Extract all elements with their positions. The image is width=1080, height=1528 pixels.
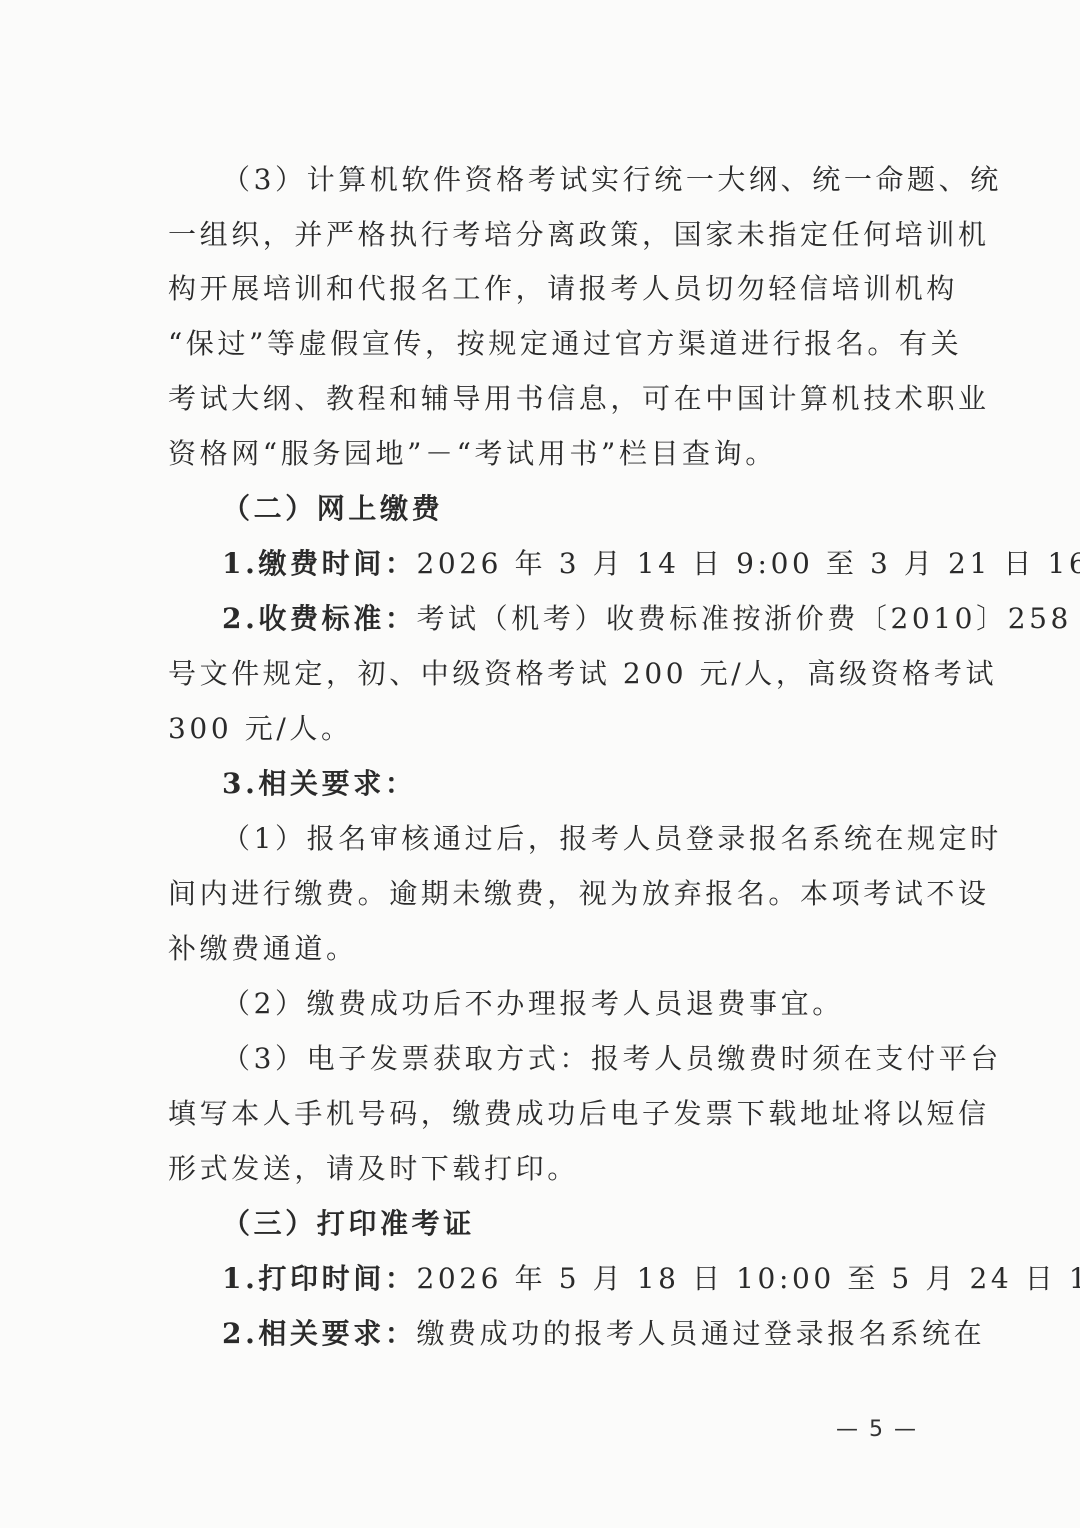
paragraph-line: 间内进行缴费。逾期未缴费，视为放弃报名。本项考试不设 — [168, 876, 892, 912]
paragraph-line: 资格网“服务园地”－“考试用书”栏目查询。 — [168, 436, 892, 472]
paragraph-line: 补缴费通道。 — [168, 931, 892, 967]
paragraph-line: （2）缴费成功后不办理报考人员退费事宜。 — [222, 986, 892, 1022]
paragraph-line: “保过”等虚假宣传，按规定通过官方渠道进行报名。有关 — [168, 326, 892, 362]
print-requirements-text: 缴费成功的报考人员通过登录报名系统在 — [416, 1317, 985, 1350]
paragraph-line: 构开展培训和代报名工作，请报考人员切勿轻信培训机构 — [168, 271, 892, 307]
print-time-value: 2026 年 5 月 18 日 10:00 至 5 月 24 日 14:05。 — [416, 1262, 1080, 1295]
paragraph-line: 填写本人手机号码，缴费成功后电子发票下载地址将以短信 — [168, 1096, 892, 1132]
paragraph-line: 一组织，并严格执行考培分离政策，国家未指定任何培训机 — [168, 217, 892, 253]
print-requirements-line: 2.相关要求：缴费成功的报考人员通过登录报名系统在 — [222, 1316, 892, 1352]
fee-standard-text: 考试（机考）收费标准按浙价费〔2010〕258 — [416, 602, 1072, 635]
paragraph-line: 形式发送，请及时下载打印。 — [168, 1151, 892, 1187]
page-number: — 5 — — [836, 1417, 918, 1442]
payment-time-line: 1.缴费时间：2026 年 3 月 14 日 9:00 至 3 月 21 日 1… — [222, 546, 892, 582]
fee-standard-line: 2.收费标准：考试（机考）收费标准按浙价费〔2010〕258 — [222, 601, 892, 637]
paragraph-line: （1）报名审核通过后，报考人员登录报名系统在规定时 — [222, 821, 892, 857]
payment-time-label: 1.缴费时间： — [222, 547, 416, 580]
paragraph-line: 考试大纲、教程和辅导用书信息，可在中国计算机技术职业 — [168, 381, 892, 417]
paragraph-line: （3）计算机软件资格考试实行统一大纲、统一命题、统 — [222, 162, 892, 198]
paragraph-line: （3）电子发票获取方式：报考人员缴费时须在支付平台 — [222, 1041, 892, 1077]
print-time-line: 1.打印时间：2026 年 5 月 18 日 10:00 至 5 月 24 日 … — [222, 1261, 892, 1297]
payment-time-value: 2026 年 3 月 14 日 9:00 至 3 月 21 日 16:00。 — [416, 547, 1080, 580]
paragraph-line: 300 元/人。 — [168, 711, 892, 747]
print-time-label: 1.打印时间： — [222, 1262, 416, 1295]
section-heading-payment: （二）网上缴费 — [222, 491, 892, 527]
print-requirements-label: 2.相关要求： — [222, 1317, 416, 1350]
requirements-label: 3.相关要求： — [222, 766, 892, 802]
paragraph-line: 号文件规定，初、中级资格考试 200 元/人，高级资格考试 — [168, 656, 892, 692]
fee-standard-label: 2.收费标准： — [222, 602, 416, 635]
section-heading-admission-ticket: （三）打印准考证 — [222, 1206, 892, 1242]
